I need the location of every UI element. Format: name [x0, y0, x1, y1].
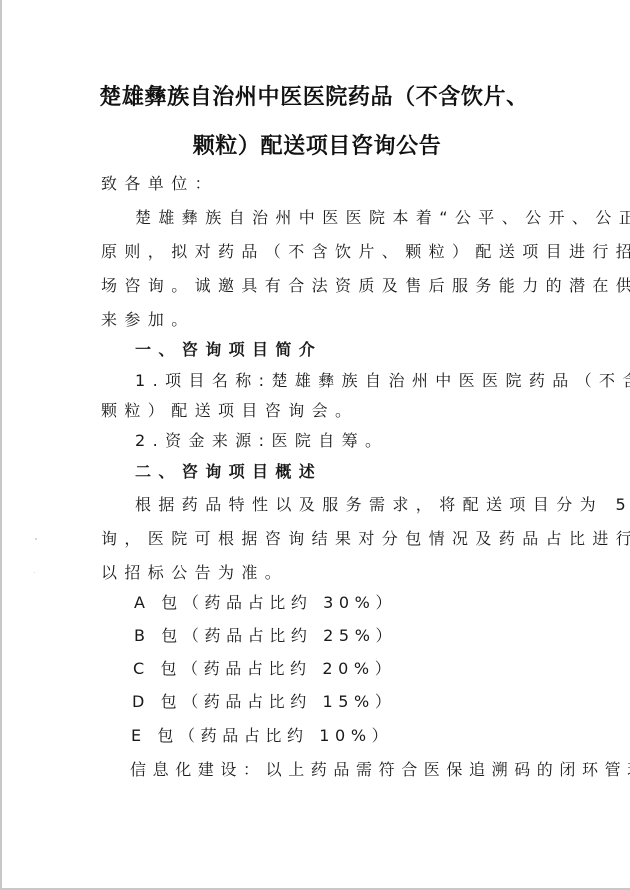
- funding-source: 2.资金来源:医院自筹。: [135, 431, 388, 451]
- intro-paragraph-line-1: 楚雄彝族自治州中医医院本着“公平、公开、公正”的: [135, 208, 630, 228]
- overview-paragraph-line-1: 根据药品特性以及服务需求，将配送项目分为 5 个包咨: [135, 495, 630, 515]
- overview-paragraph-line-3: 以招标公告为准。: [101, 563, 288, 583]
- section-1-heading: 一、咨询项目简介: [135, 340, 322, 360]
- document-page: 楚雄彝族自治州中医医院药品（不含饮片、 颗粒）配送项目咨询公告 致各单位： 楚雄…: [0, 0, 630, 890]
- salutation: 致各单位：: [101, 174, 218, 194]
- scan-speck: [35, 538, 37, 540]
- overview-paragraph-line-2: 询，医院可根据咨询结果对分包情况及药品占比进行调整，: [101, 529, 630, 549]
- package-b: B 包（药品占比约 25%）: [134, 626, 397, 646]
- informatization-requirement: 信息化建设：以上药品需符合医保追溯码的闭环管理要: [130, 760, 630, 780]
- intro-paragraph-line-3: 场咨询。诚邀具有合法资质及售后服务能力的潜在供应商前: [101, 276, 630, 296]
- package-a: A 包（药品占比约 30%）: [134, 593, 397, 613]
- intro-paragraph-line-2: 原则，拟对药品（不含饮片、颗粒）配送项目进行招标前市: [101, 242, 630, 262]
- project-name-line-2: 颗粒）配送项目咨询会。: [101, 401, 358, 421]
- section-2-heading: 二、咨询项目概述: [135, 462, 322, 482]
- document-title-line-1: 楚雄彝族自治州中医医院药品（不含饮片、: [0, 80, 629, 111]
- package-d: D 包（药品占比约 15%）: [132, 692, 396, 712]
- project-name-line-1: 1.项目名称:楚雄彝族自治州中医医院药品（不含饮片、: [135, 371, 630, 391]
- document-title-line-2: 颗粒）配送项目咨询公告: [2, 129, 630, 160]
- package-c: C 包（药品占比约 20%）: [133, 659, 396, 679]
- scan-speck: [34, 572, 35, 573]
- intro-paragraph-line-4: 来参加。: [101, 310, 195, 330]
- package-e: E 包（药品占比约 10%）: [131, 726, 393, 746]
